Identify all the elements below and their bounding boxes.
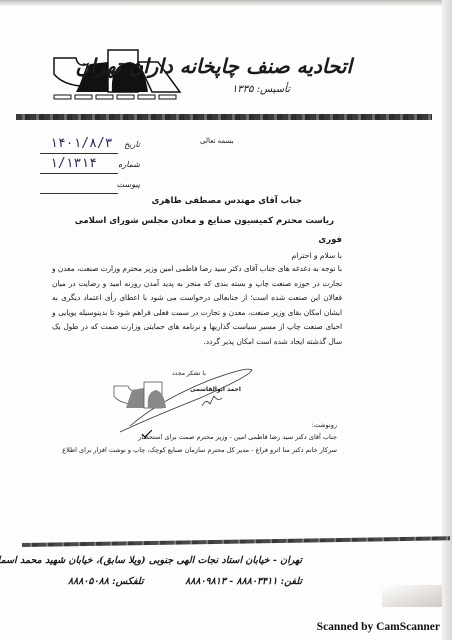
cc-item: جناب آقای دکتر سید رضا فاطمی امین - وزیر… xyxy=(138,433,337,441)
scan-edge-right xyxy=(442,0,452,640)
date-label: تاریخ xyxy=(124,140,140,149)
letter-body: با توجه به دغدغه های جناب آقای دکتر سید … xyxy=(52,262,342,350)
recipient-name: جناب آقای مهندس مصطفی طاهری xyxy=(152,196,302,206)
header-divider xyxy=(16,114,432,120)
number-label: شماره xyxy=(118,160,140,169)
stamp-icon xyxy=(110,380,180,414)
cc-label: رونوشت: xyxy=(312,421,337,429)
date-row: ۱۴۰۱/۸/۳ تاریخ xyxy=(40,138,140,158)
number-underline xyxy=(40,173,118,174)
signature-name: احمد ابوالقاسمی xyxy=(190,386,241,393)
footer-fax: تلفکس: ۸۸۸۰۵۰۸۸ xyxy=(68,576,144,587)
number-value: ۱/۱۳۱۴ xyxy=(50,156,97,171)
attachment-underline xyxy=(40,193,118,194)
attachment-label: پیوست xyxy=(117,180,140,189)
footer-divider xyxy=(22,536,450,547)
date-underline xyxy=(40,153,118,154)
date-value: ۱۴۰۱/۸/۳ xyxy=(50,136,113,151)
number-row: ۱/۱۳۱۴ شماره xyxy=(40,158,140,178)
attachment-row: پیوست xyxy=(40,178,140,198)
org-title: اتحادیه صنف چاپخانه داران تهران xyxy=(75,54,352,78)
scan-edge-top xyxy=(0,0,452,6)
cc-item: سرکار خانم دکتر منا اثرو فراغ - مدیر کل … xyxy=(62,446,337,454)
scanner-watermark: Scanned by CamScanner xyxy=(317,621,440,633)
letter-meta: ۱۴۰۱/۸/۳ تاریخ ۱/۱۳۱۴ شماره پیوست xyxy=(40,138,140,198)
urgency-label: فوری xyxy=(318,235,342,245)
greeting: با سلام و احترام xyxy=(292,251,342,260)
signature-block: با تشکر مجدد احمد ابوالقاسمی xyxy=(110,358,260,436)
footer-phones: تلفن: ۸۸۸۰۳۴۱۱ - ۸۸۸۰۹۸۱۳ xyxy=(185,576,302,587)
org-founded: تأسیس: ۱۳۳۵ xyxy=(232,84,290,95)
footer-address: تهران - خیابان استاد نجات الهی جنوبی (وی… xyxy=(0,555,302,566)
letter-page: اتحادیه صنف چاپخانه داران تهران تأسیس: ۱… xyxy=(0,0,452,640)
basmala: بسمه تعالی xyxy=(200,137,234,145)
scan-shadow xyxy=(382,585,442,607)
signature-closing: با تشکر مجدد xyxy=(172,370,206,377)
recipient-title: ریاست محترم کمیسیون صنایع و معادن مجلس ش… xyxy=(75,216,334,226)
